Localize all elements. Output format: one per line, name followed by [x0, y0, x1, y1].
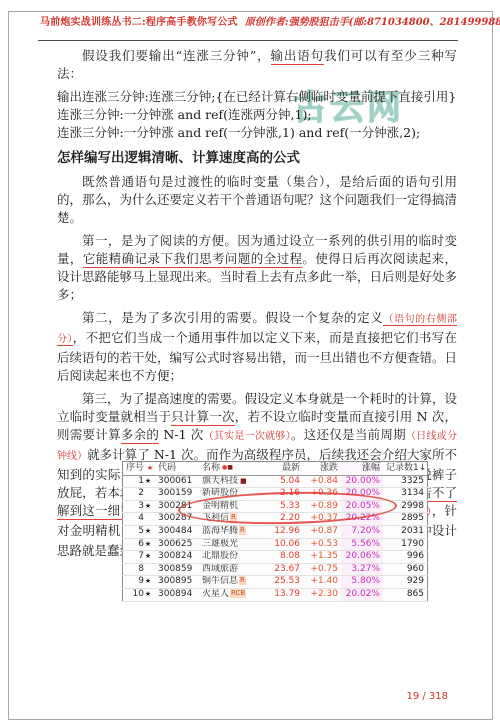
- cell-records: 2031: [383, 525, 428, 538]
- annotated-text: 只计算一次: [171, 409, 234, 426]
- cell-change: +0.53: [303, 538, 341, 551]
- col-records: 记录数1↓: [383, 462, 428, 476]
- cell-records: 1790: [383, 538, 428, 551]
- star-icon: ★: [144, 551, 152, 563]
- cell-last: 25.53: [265, 576, 303, 589]
- table-header-row: 序号 ★代码名称●■最新涨跌涨幅记录数1↓: [123, 462, 428, 476]
- cell-no: 4: [123, 513, 156, 526]
- star-icon: ★: [144, 539, 152, 551]
- cell-change: +1.35: [303, 551, 341, 564]
- table-row: 7★300824北鼎股份8.08+1.3520.06%996: [123, 551, 428, 564]
- star-icon: ★: [144, 589, 152, 601]
- cell-name: 旗天科技■: [199, 475, 265, 488]
- col-last: 最新: [265, 462, 303, 476]
- table-row: 3★300281金明精机5.33+0.8920.05%2998: [123, 500, 428, 513]
- body-text-segment: 连涨三分钟:一分钟涨 and ref(连涨两分钟,1);: [57, 107, 312, 122]
- cell-records: 2998: [383, 500, 428, 513]
- cell-no: 1★: [123, 475, 156, 488]
- cell-name: 铜牛信息R: [199, 576, 265, 589]
- cell-change: +0.37: [303, 513, 341, 526]
- cell-last: 23.67: [265, 563, 303, 576]
- star-icon: ★: [144, 526, 152, 538]
- cell-code: 300859: [155, 563, 199, 576]
- body-text-segment: N-1 次: [159, 427, 203, 442]
- table-row: 6★300625三雄极光10.06+0.535.56%1790: [123, 538, 428, 551]
- cell-change: +0.36: [303, 488, 341, 501]
- cell-name: 北鼎股份: [199, 551, 265, 564]
- cell-code: 300824: [155, 551, 199, 564]
- cell-change: +0.89: [303, 500, 341, 513]
- body-text-segment: 怎样编写出逻辑清晰、计算速度高的公式: [57, 150, 300, 166]
- stock-tag-badge: ■: [240, 477, 247, 485]
- col-no: 序号 ★: [123, 462, 156, 476]
- body-text-segment: ，不把它们当成一个通用事件加以定义下来，而是直接把它们书写在后续语句的若干处，编…: [57, 330, 457, 383]
- table-row: 9★300895铜牛信息R25.53+1.405.80%929: [123, 576, 428, 589]
- cell-name: 蓝海华腾R: [199, 525, 265, 538]
- cell-last: 2.20: [265, 513, 303, 526]
- cell-code: 300484: [155, 525, 199, 538]
- cell-change: +1.40: [303, 576, 341, 589]
- cell-pct: 20.00%: [341, 488, 383, 501]
- cell-pct: 7.20%: [341, 525, 383, 538]
- cell-records: 960: [383, 563, 428, 576]
- cell-pct: 5.56%: [341, 538, 383, 551]
- cell-no: 10★: [123, 588, 156, 601]
- body-text-segment: 假设我们要输出“连涨三分钟”，: [82, 48, 271, 63]
- cell-name: 西域旅游: [199, 563, 265, 576]
- cell-change: +2.30: [303, 588, 341, 601]
- stock-table-body: 1★300061旗天科技■5.04+0.8420.00%33252300159新…: [123, 475, 428, 601]
- cell-pct: 20.02%: [341, 588, 383, 601]
- cell-no: 6★: [123, 538, 156, 551]
- page-header: 马前炮实战训练丛书二:程序高手教你写公式 原创作者:强势股狙击手(邮:87103…: [40, 16, 460, 29]
- col-pct: 涨幅: [341, 462, 383, 476]
- cell-change: +0.87: [303, 525, 341, 538]
- cell-no: 8: [123, 563, 156, 576]
- annotated-text: 它能精确记录下我们思考问题的全过程: [83, 251, 303, 268]
- cell-records: 3134: [383, 488, 428, 501]
- cell-last: 5.04: [265, 475, 303, 488]
- author-credit: 原创作者:强势股狙击手(邮:871034800、281499988): [245, 17, 500, 28]
- star-icon: ★: [144, 576, 152, 588]
- stock-table-wrap: 序号 ★代码名称●■最新涨跌涨幅记录数1↓ 1★300061旗天科技■5.04+…: [122, 461, 390, 602]
- cell-code: 300895: [155, 576, 199, 589]
- cell-no: 9★: [123, 576, 156, 589]
- body-text-segment: 连涨三分钟:一分钟涨 and ref(一分钟涨,1) and ref(一分钟涨,…: [57, 125, 420, 140]
- square-icon: ■: [227, 464, 233, 471]
- cell-pct: 20.06%: [341, 551, 383, 564]
- stock-tag-badge: R: [230, 513, 237, 522]
- body-text-segment: 第二，是为了多次引用的需要。假设一个复杂的定义: [82, 310, 383, 325]
- cell-records: 3325: [383, 475, 428, 488]
- cell-last: 12.96: [265, 525, 303, 538]
- cell-records: 865: [383, 588, 428, 601]
- table-row: 8300859西域旅游23.67+0.753.27%960: [123, 563, 428, 576]
- annotated-text: 多余的: [121, 427, 159, 444]
- cell-name: 金明精机: [199, 500, 265, 513]
- book-page: 马前炮实战训练丛书二:程序高手教你写公式 原创作者:强势股狙击手(邮:87103…: [0, 0, 500, 726]
- paragraph: 假设我们要输出“连涨三分钟”，输出语句我们可以有至少三种写法：: [57, 47, 457, 83]
- cell-pct: 5.80%: [341, 576, 383, 589]
- cell-last: 8.08: [265, 551, 303, 564]
- cell-last: 2.16: [265, 488, 303, 501]
- annotated-text: （其实是一次就够）: [204, 431, 291, 442]
- code-line: 连涨三分钟:一分钟涨 and ref(连涨两分钟,1);: [57, 106, 457, 124]
- star-icon: ★: [147, 464, 153, 472]
- cell-pct: 20.00%: [341, 475, 383, 488]
- col-code: 代码: [155, 462, 199, 476]
- cell-no: 5★: [123, 525, 156, 538]
- series-title: 马前炮实战训练丛书二:程序高手教你写公式: [40, 17, 238, 28]
- stock-tag-badge: R: [239, 576, 246, 585]
- annotated-text: 输出语句: [271, 48, 325, 65]
- col-change: 涨跌: [303, 462, 341, 476]
- code-line: 输出连涨三分钟:连涨三分钟;{在已经计算右侧临时变量前提下直接引用}: [57, 88, 457, 106]
- cell-name: 飞利信R: [199, 513, 265, 526]
- body-text-segment: 输出连涨三分钟:连涨三分钟;{在已经计算右侧临时变量前提下直接引用}: [57, 89, 456, 104]
- paragraph: 第二，是为了多次引用的需要。假设一个复杂的定义（语句的右侧部分），不把它们当成一…: [57, 309, 457, 385]
- cell-no: 7★: [123, 551, 156, 564]
- col-name: 名称●■: [199, 462, 265, 476]
- star-icon: ★: [144, 476, 152, 488]
- cell-last: 5.33: [265, 500, 303, 513]
- cell-code: 300625: [155, 538, 199, 551]
- cell-name: 火星人RCB: [199, 588, 265, 601]
- cell-code: 300281: [155, 500, 199, 513]
- cell-last: 13.79: [265, 588, 303, 601]
- paragraph: 第一，是为了阅读的方便。因为通过设立一系列的供引用的临时变量，它能精确记录下我们…: [57, 232, 457, 304]
- section-heading: 怎样编写出逻辑清晰、计算速度高的公式: [57, 149, 457, 167]
- body-text-segment: 。这还仅是当前周期: [291, 427, 406, 442]
- cell-code: 300061: [155, 475, 199, 488]
- cell-last: 10.06: [265, 538, 303, 551]
- cell-no: 2: [123, 488, 156, 501]
- body-text-segment: 既然普通语句是过渡性的临时变量（集合），是给后面的语句引用的，那么，为什么还要定…: [57, 174, 457, 225]
- cell-pct: 20.05%: [341, 500, 383, 513]
- cell-name: 三雄极光: [199, 538, 265, 551]
- star-icon: ★: [144, 501, 152, 513]
- cell-change: +0.84: [303, 475, 341, 488]
- stock-table: 序号 ★代码名称●■最新涨跌涨幅记录数1↓ 1★300061旗天科技■5.04+…: [122, 461, 428, 602]
- stock-table-header: 序号 ★代码名称●■最新涨跌涨幅记录数1↓: [123, 462, 428, 476]
- page-number: 19 / 318: [406, 691, 448, 702]
- cell-code: 300159: [155, 488, 199, 501]
- table-row: 4300287飞利信R2.20+0.3720.22%2895: [123, 513, 428, 526]
- stock-tag-badge: RCB: [230, 589, 246, 598]
- cell-change: +0.75: [303, 563, 341, 576]
- cell-records: 929: [383, 576, 428, 589]
- cell-records: 996: [383, 551, 428, 564]
- cell-pct: 3.27%: [341, 563, 383, 576]
- cell-pct: 20.22%: [341, 513, 383, 526]
- table-row: 1★300061旗天科技■5.04+0.8420.00%3325: [123, 475, 428, 488]
- cell-code: 300894: [155, 588, 199, 601]
- cell-name: 新研股份: [199, 488, 265, 501]
- cell-no: 3★: [123, 500, 156, 513]
- stock-tag-badge: R: [239, 526, 246, 535]
- header-divider: [38, 40, 458, 41]
- table-row: 10★300894火星人RCB13.79+2.3020.02%865: [123, 588, 428, 601]
- code-line: 连涨三分钟:一分钟涨 and ref(一分钟涨,1) and ref(一分钟涨,…: [57, 124, 457, 142]
- cell-code: 300287: [155, 513, 199, 526]
- table-row: 2300159新研股份2.16+0.3620.00%3134: [123, 488, 428, 501]
- table-row: 5★300484蓝海华腾R12.96+0.877.20%2031: [123, 525, 428, 538]
- paragraph: 既然普通语句是过渡性的临时变量（集合），是给后面的语句引用的，那么，为什么还要定…: [57, 173, 457, 227]
- cell-records: 2895: [383, 513, 428, 526]
